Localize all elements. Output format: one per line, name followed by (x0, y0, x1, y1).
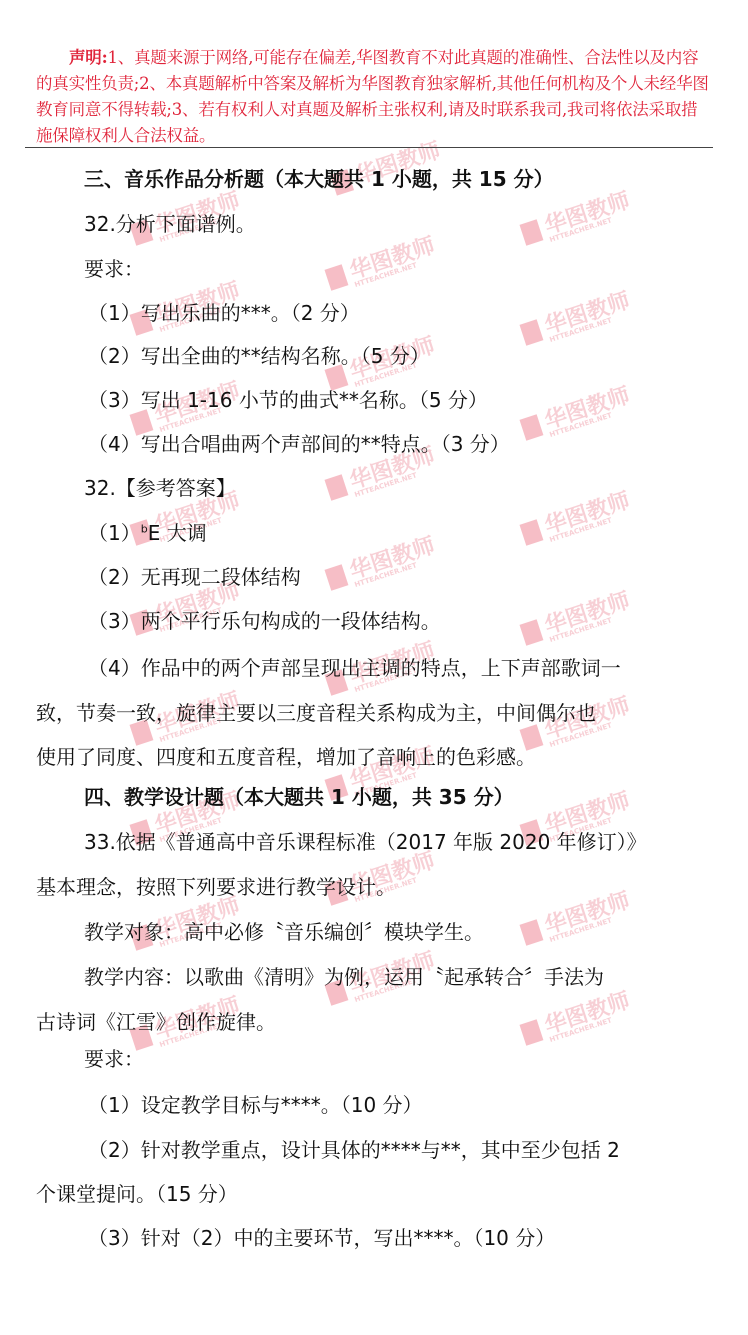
flat-sign: b (141, 522, 148, 535)
watermark-logo-icon (324, 564, 348, 590)
divider (25, 147, 713, 148)
watermark-logo-icon (519, 619, 543, 645)
question-33-line1: 33.依据《普通高中音乐课程标准（2017 年版 2020 年修订）》 (84, 826, 647, 855)
requirement-1: （1）写出乐曲的***。（2 分） (88, 297, 360, 326)
requirement-4: （4）写出合唱曲两个声部间的**特点。（3 分） (88, 428, 510, 457)
design-requirement-2-line1: （2）针对教学重点，设计具体的****与**，其中至少包括 2 (88, 1134, 620, 1163)
design-requirement-3: （3）针对（2）中的主要环节，写出****。（10 分） (88, 1222, 555, 1251)
teaching-target: 教学对象：高中必修〝音乐编创〞模块学生。 (84, 916, 484, 945)
disclaimer-text: 1、真题来源于网络,可能存在偏差,华图教育不对此真题的准确性、合法性以及内容的真… (36, 48, 709, 145)
watermark: 华图教师HTTEACHER.NET (322, 529, 439, 597)
design-requirement-2-line2: 个课堂提问。（15 分） (36, 1178, 238, 1207)
watermark: 华图教师HTTEACHER.NET (517, 284, 634, 352)
watermark: 华图教师HTTEACHER.NET (517, 984, 634, 1052)
question-32: 32.分析下面谱例。 (84, 208, 256, 237)
watermark-logo-icon (519, 519, 543, 545)
teaching-content-line2: 古诗词《江雪》创作旋律。 (36, 1006, 276, 1035)
answer-1: （1）bE 大调 (88, 517, 207, 546)
answer-4-line2: 致，节奏一致，旋律主要以三度音程关系构成为主，中间偶尔也 (36, 697, 596, 726)
section3-title: 三、音乐作品分析题（本大题共 1 小题，共 15 分） (84, 163, 554, 192)
answer-label: 32.【参考答案】 (84, 472, 236, 501)
watermark-logo-icon (519, 414, 543, 440)
watermark-logo-icon (324, 474, 348, 500)
design-requirement-1: （1）设定教学目标与****。（10 分） (88, 1089, 423, 1118)
watermark: 华图教师HTTEACHER.NET (517, 484, 634, 552)
requirements-label-2: 要求： (84, 1043, 144, 1072)
requirements-label: 要求： (84, 253, 144, 282)
answer-3: （3）两个平行乐句构成的一段体结构。 (88, 605, 441, 634)
watermark-logo-icon (519, 219, 543, 245)
watermark-logo-icon (519, 919, 543, 945)
question-33-line2: 基本理念，按照下列要求进行教学设计。 (36, 871, 396, 900)
disclaimer-label: 声明: (69, 48, 108, 67)
watermark-logo-icon (324, 264, 348, 290)
answer-1-prefix: （1） (88, 521, 141, 545)
section4-title: 四、教学设计题（本大题共 1 小题，共 35 分） (84, 781, 514, 810)
answer-4-line3: 使用了同度、四度和五度音程，增加了音响上的色彩感。 (36, 741, 536, 770)
watermark: 华图教师HTTEACHER.NET (517, 379, 634, 447)
answer-2: （2）无再现二段体结构 (88, 561, 301, 590)
watermark-logo-icon (519, 1019, 543, 1045)
watermark: 华图教师HTTEACHER.NET (322, 229, 439, 297)
watermark-logo-icon (519, 319, 543, 345)
teaching-content-line1: 教学内容：以歌曲《清明》为例，运用〝起承转合〞手法为 (84, 961, 604, 990)
requirement-2: （2）写出全曲的**结构名称。（5 分） (88, 340, 430, 369)
answer-1-text: E 大调 (148, 521, 207, 545)
answer-4-line1: （4）作品中的两个声部呈现出主调的特点，上下声部歌词一 (88, 652, 621, 681)
watermark: 华图教师HTTEACHER.NET (517, 584, 634, 652)
disclaimer: 声明:1、真题来源于网络,可能存在偏差,华图教育不对此真题的准确性、合法性以及内… (36, 45, 712, 149)
watermark: 华图教师HTTEACHER.NET (517, 884, 634, 952)
requirement-3: （3）写出 1-16 小节的曲式**名称。（5 分） (88, 384, 488, 413)
watermark: 华图教师HTTEACHER.NET (517, 184, 634, 252)
